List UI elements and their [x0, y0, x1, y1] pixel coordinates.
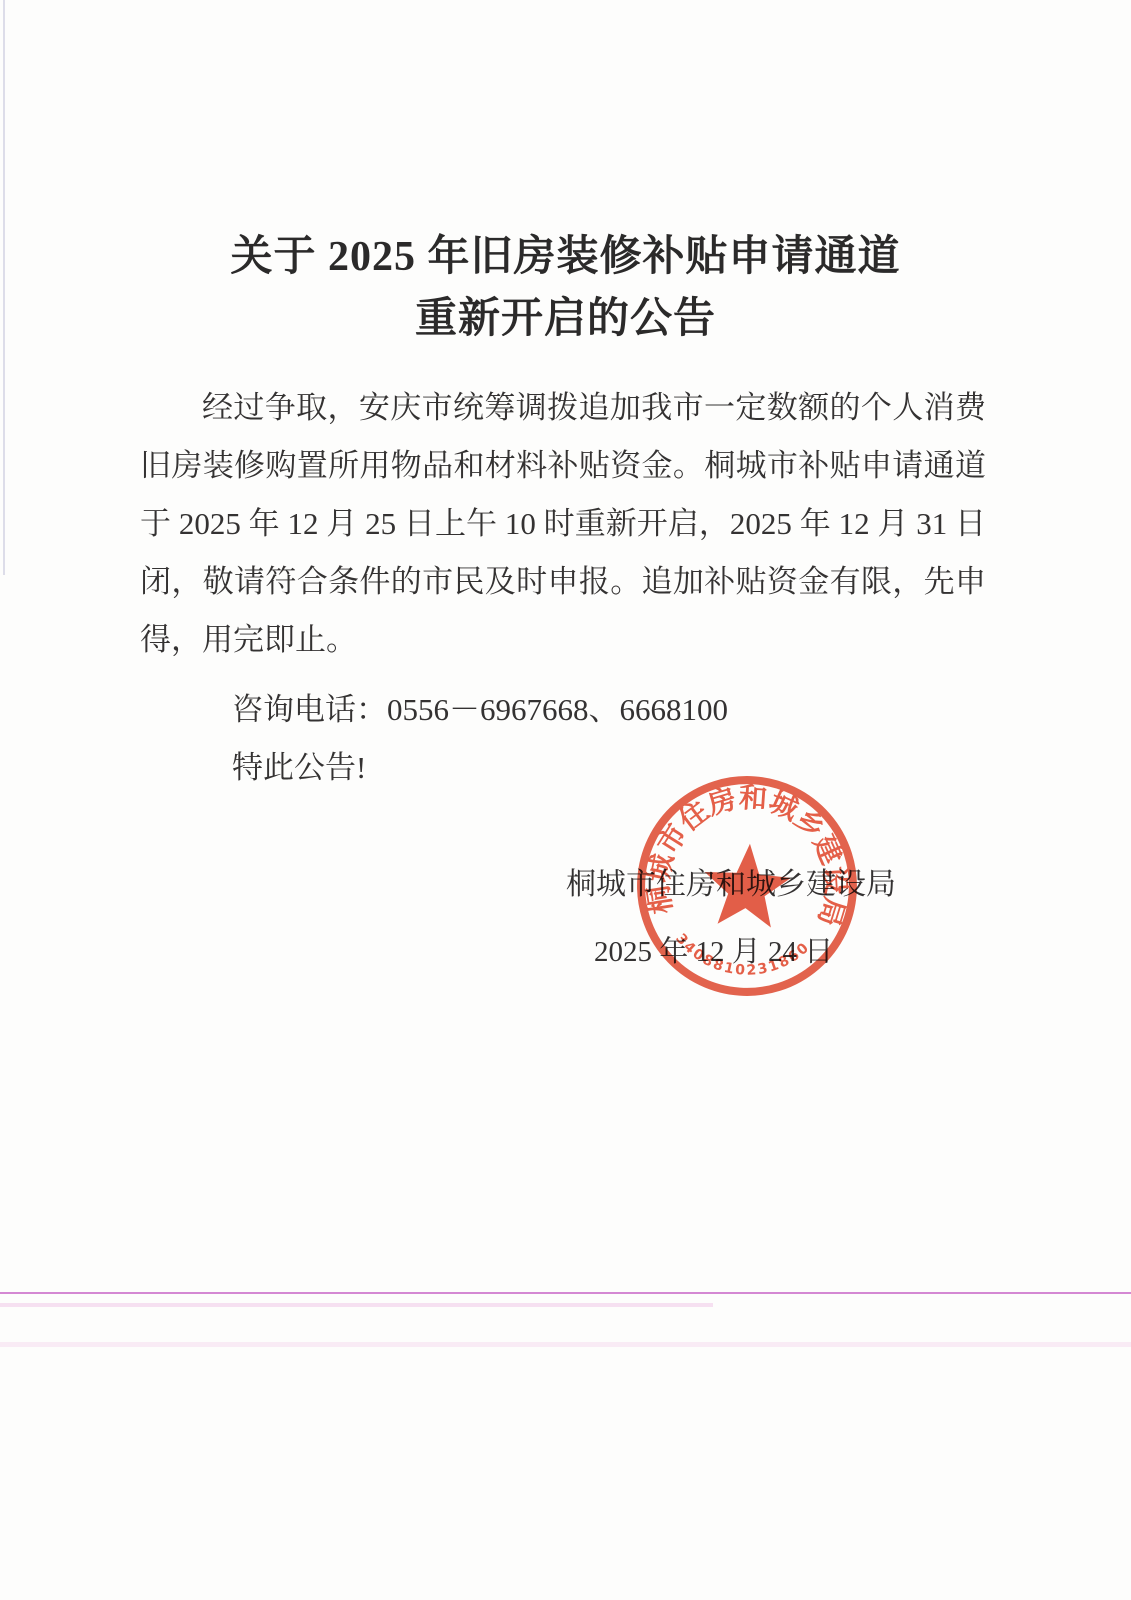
seal-star-icon [701, 841, 793, 929]
closing-line: 特此公告! [232, 742, 366, 787]
title-line-2: 重新开启的公告 [0, 288, 1131, 350]
document-page: 关于 2025 年旧房装修补贴申请通道 重新开启的公告 经过争取，安庆市统筹调拨… [0, 0, 1131, 1600]
contact-phone-line: 咨询电话：0556－6967668、6668100 [232, 684, 728, 729]
official-seal-stamp: 桐城市住房和城乡建设局 3408810231860 [623, 762, 871, 1010]
scan-artifact-line-2 [0, 1303, 713, 1307]
body-line-5: 得，用完即止。 [140, 611, 986, 669]
body-line-2: 旧房装修购置所用物品和材料补贴资金。桐城市补贴申请通道将 [140, 437, 986, 495]
scan-artifact-line-1 [0, 1292, 1131, 1294]
body-line-1: 经过争取，安庆市统筹调拨追加我市一定数额的个人消费者 [140, 379, 986, 437]
page-title: 关于 2025 年旧房装修补贴申请通道 重新开启的公告 [0, 226, 1131, 350]
body-line-4: 闭，敬请符合条件的市民及时申报。追加补贴资金有限，先申先 [140, 553, 986, 611]
body-line-3: 于 2025 年 12 月 25 日上午 10 时重新开启，2025 年 12 … [140, 495, 986, 553]
body-paragraph: 经过争取，安庆市统筹调拨追加我市一定数额的个人消费者 旧房装修购置所用物品和材料… [140, 379, 986, 669]
title-line-1: 关于 2025 年旧房装修补贴申请通道 [0, 226, 1131, 288]
scan-artifact-line-3 [0, 1342, 1131, 1347]
